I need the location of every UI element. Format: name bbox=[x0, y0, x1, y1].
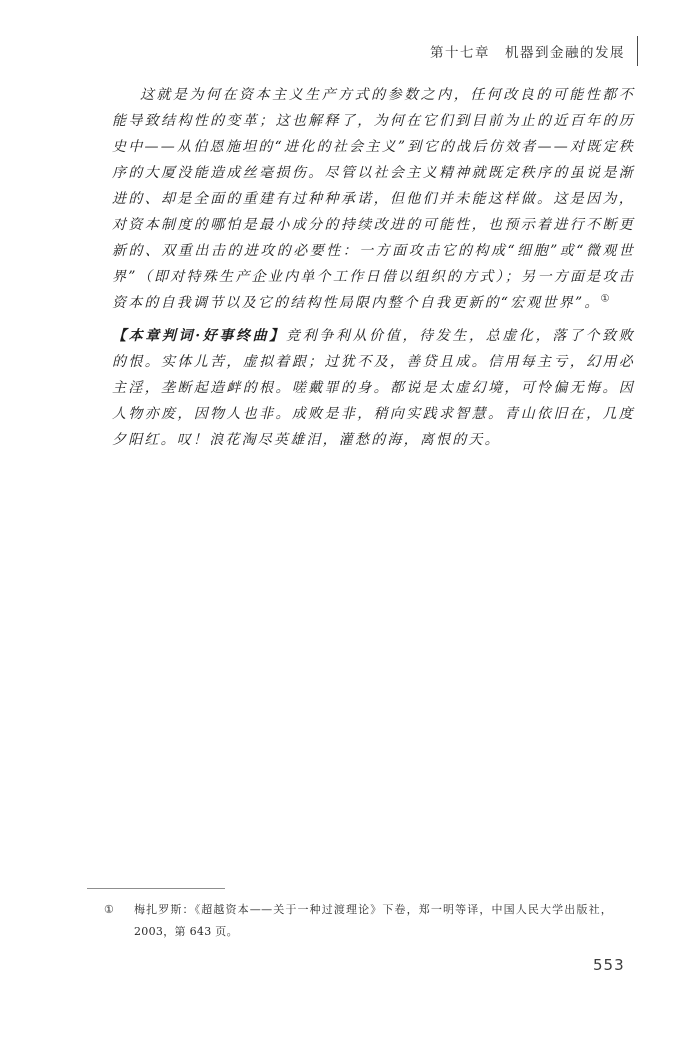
paragraph-main: 这就是为何在资本主义生产方式的参数之内，任何改良的可能性都不能导致结构性的变革；… bbox=[112, 82, 635, 316]
verdict-text: 竞利争利从价值，待发生，总虚化，落了个致败的恨。实体儿苦，虚拟着跟；过犹不及，善… bbox=[112, 328, 635, 448]
page-number: 553 bbox=[593, 956, 625, 974]
footnote-reference: ① bbox=[601, 293, 610, 304]
running-head: 第十七章 机器到金融的发展 bbox=[430, 36, 638, 66]
book-page: 第十七章 机器到金融的发展 这就是为何在资本主义生产方式的参数之内，任何改良的可… bbox=[0, 0, 699, 1054]
footnote: ① 梅扎罗斯：《超越资本——关于一种过渡理论》下卷，郑一明等译，中国人民大学出版… bbox=[104, 899, 612, 943]
footnote-marker: ① bbox=[104, 899, 134, 943]
page-body: 这就是为何在资本主义生产方式的参数之内，任何改良的可能性都不能导致结构性的变革；… bbox=[112, 82, 635, 453]
footnote-separator bbox=[87, 888, 225, 889]
header-divider bbox=[637, 36, 638, 66]
footnote-text: 梅扎罗斯：《超越资本——关于一种过渡理论》下卷，郑一明等译，中国人民大学出版社，… bbox=[134, 899, 612, 943]
paragraph-main-text: 这就是为何在资本主义生产方式的参数之内，任何改良的可能性都不能导致结构性的变革；… bbox=[112, 87, 635, 311]
verdict-label: 【本章判词·好事终曲】 bbox=[112, 328, 286, 344]
paragraph-verdict: 【本章判词·好事终曲】竞利争利从价值，待发生，总虚化，落了个致败的恨。实体儿苦，… bbox=[112, 323, 635, 453]
chapter-title: 第十七章 机器到金融的发展 bbox=[430, 41, 625, 61]
